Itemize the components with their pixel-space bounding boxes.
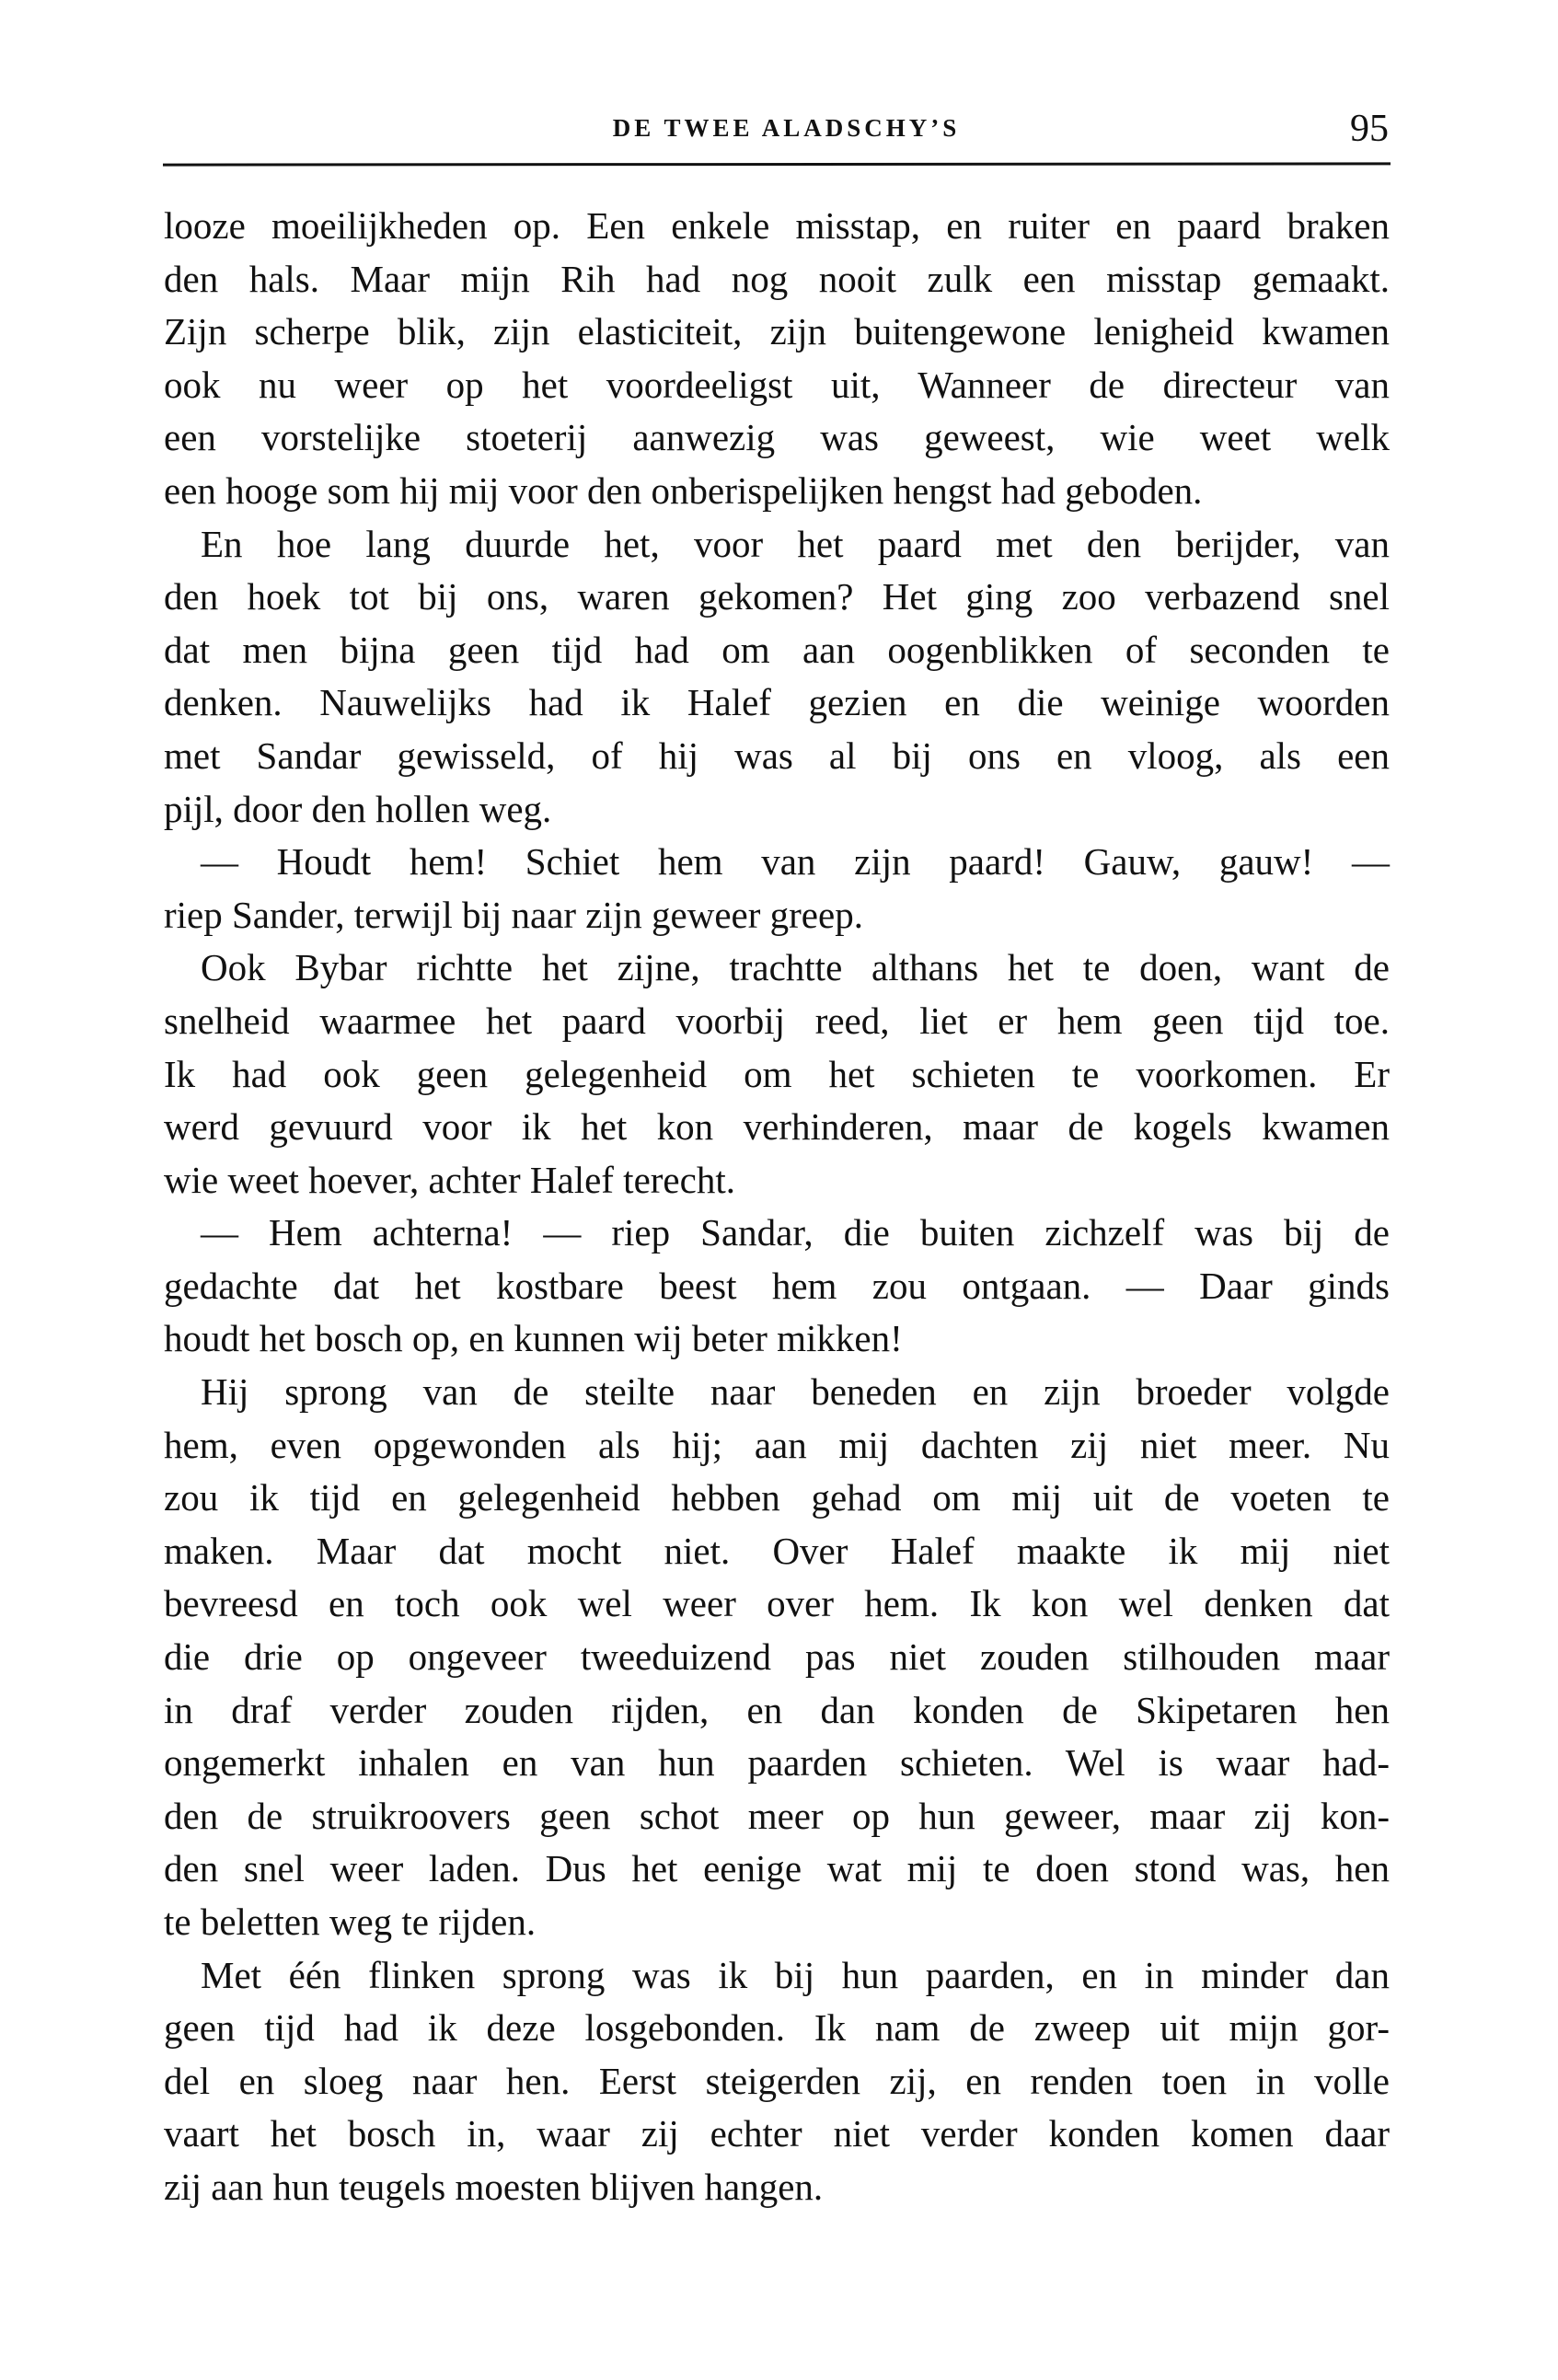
text-line: te beletten weg te rijden.: [164, 1896, 1390, 1949]
text-line: Ik had ook geen gelegenheid om het schie…: [164, 1048, 1390, 1102]
text-line: houdt het bosch op, en kunnen wij beter …: [164, 1312, 1390, 1366]
text-line: wie weet hoever, achter Halef terecht.: [164, 1154, 1390, 1207]
text-line: denken. Nauwelijks had ik Halef gezien e…: [164, 676, 1390, 730]
text-line: den hoek tot bij ons, waren gekomen? Het…: [164, 571, 1390, 624]
text-line: dat men bijna geen tijd had om aan oogen…: [164, 624, 1390, 677]
text-line: ook nu weer op het voordeeligst uit, Wan…: [164, 359, 1390, 412]
text-line: die drie op ongeveer tweeduizend pas nie…: [164, 1631, 1390, 1684]
text-line: met Sandar gewisseld, of hij was al bij …: [164, 730, 1390, 783]
text-line: zij aan hun teugels moesten blijven hang…: [164, 2161, 1390, 2214]
text-line: den snel weer laden. Dus het eenige wat …: [164, 1843, 1390, 1896]
text-line: Met één flinken sprong was ik bij hun pa…: [164, 1949, 1390, 2003]
text-line: een hooge som hij mij voor den onberispe…: [164, 465, 1390, 518]
text-line: den hals. Maar mijn Rih had nog nooit zu…: [164, 253, 1390, 306]
text-line: vaart het bosch in, waar zij echter niet…: [164, 2108, 1390, 2161]
text-line: Ook Bybar richtte het zijne, trachtte al…: [164, 942, 1390, 995]
text-line: bevreesd en toch ook wel weer over hem. …: [164, 1577, 1390, 1631]
text-line: riep Sander, terwijl bij naar zijn gewee…: [164, 889, 1390, 942]
text-line: Zijn scherpe blik, zijn elasticiteit, zi…: [164, 306, 1390, 359]
text-line: looze moeilijkheden op. Een enkele misst…: [164, 200, 1390, 253]
text-line: gedachte dat het kostbare beest hem zou …: [164, 1260, 1390, 1313]
text-line: hem, even opgewonden als hij; aan mij da…: [164, 1419, 1390, 1473]
running-head: DE TWEE ALADSCHY’S 95: [164, 109, 1391, 149]
body-text: looze moeilijkheden op. Een enkele misst…: [164, 200, 1390, 2214]
text-line: pijl, door den hollen weg.: [164, 783, 1390, 837]
text-line: del en sloeg naar hen. Eerst steigerden …: [164, 2055, 1390, 2108]
text-line: werd gevuurd voor ik het kon verhinderen…: [164, 1101, 1390, 1154]
text-line: snelheid waarmee het paard voorbij reed,…: [164, 995, 1390, 1048]
header-rule: [163, 162, 1391, 166]
text-line: ongemerkt inhalen en van hun paarden sch…: [164, 1737, 1390, 1790]
text-line: — Houdt hem! Schiet hem van zijn paard! …: [164, 836, 1390, 889]
text-line: — Hem achterna! — riep Sandar, die buite…: [164, 1207, 1390, 1260]
text-line: Hij sprong van de steilte naar beneden e…: [164, 1366, 1390, 1419]
page-number: 95: [1350, 109, 1389, 149]
text-line: En hoe lang duurde het, voor het paard m…: [164, 518, 1390, 572]
text-line: maken. Maar dat mocht niet. Over Halef m…: [164, 1525, 1390, 1578]
text-line: in draf verder zouden rijden, en dan kon…: [164, 1684, 1390, 1738]
text-line: een vorstelijke stoeterij aanwezig was g…: [164, 411, 1390, 465]
text-line: zou ik tijd en gelegenheid hebben gehad …: [164, 1472, 1390, 1525]
text-line: geen tijd had ik deze losgebonden. Ik na…: [164, 2002, 1390, 2055]
book-page: DE TWEE ALADSCHY’S 95 looze moeilijkhede…: [0, 0, 1558, 2380]
running-title: DE TWEE ALADSCHY’S: [164, 114, 1391, 143]
text-line: den de struikroovers geen schot meer op …: [164, 1790, 1390, 1843]
